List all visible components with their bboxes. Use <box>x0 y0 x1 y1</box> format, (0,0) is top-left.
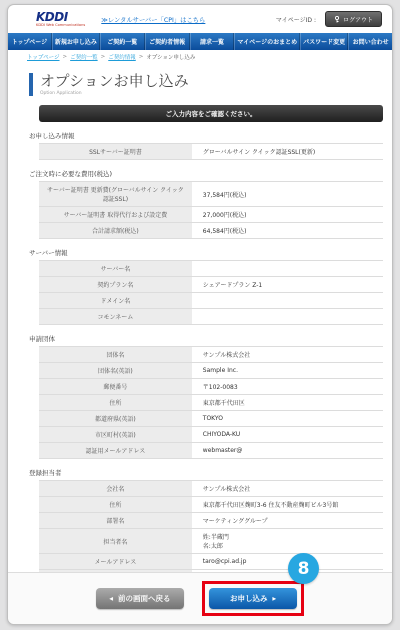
table-row: 市区町村(英語) CHIYODA-KU <box>39 427 383 443</box>
info-table: 団体名 サンプル株式会社 団体名(英語) Sample Inc. 郵便番号 〒1… <box>39 346 383 459</box>
row-value: 〒102-0083 <box>194 379 383 394</box>
row-label: メールアドレス <box>39 554 194 569</box>
submit-arrow-icon: ▶ <box>273 596 276 602</box>
row-value: 27,000円(税込) <box>194 207 383 222</box>
nav-item-7[interactable]: お問い合わせ <box>348 33 392 50</box>
kddi-logo-subtext: KDDI Web Communications <box>36 24 85 28</box>
row-label: 都道府県(英語) <box>39 411 194 426</box>
section-heading: ご注文時に必要な費用(税込) <box>29 169 383 178</box>
table-row: 担当者名 姓:半蔵門 名:太郎 <box>39 529 383 554</box>
table-row: 会社名 サンプル株式会社 <box>39 481 383 497</box>
table-row: サーバー証明書 取得代行および設定費 27,000円(税込) <box>39 207 383 223</box>
logout-button-label: ログアウト <box>343 15 373 24</box>
row-label: コモンネーム <box>39 309 194 324</box>
info-section: ご注文時に必要な費用(税込) サーバー証明書 更新費(グローバルサイン クイック… <box>29 169 383 239</box>
kddi-logo: KDDI KDDI Web Communications <box>36 11 85 28</box>
row-value: webmaster@ <box>194 443 383 458</box>
main-nav: トップページ新規お申し込みご契約一覧ご契約者情報請求一覧マイページのおまとめパス… <box>8 33 392 50</box>
row-label: サーバー証明書 更新費(グローバルサイン クイック認証SSL) <box>39 182 194 206</box>
title-block: オプションお申し込み Option Application <box>29 73 383 96</box>
info-table: SSLサーバー証明書 グローバルサイン クイック認証SSL(更新) <box>39 143 383 160</box>
back-button[interactable]: ◀ 前の画面へ戻る <box>96 588 184 609</box>
row-label: 住所 <box>39 497 194 512</box>
row-value: サンプル株式会社 <box>194 347 383 362</box>
info-section: 申請団体 団体名 サンプル株式会社 団体名(英語) Sample Inc. 郵便… <box>29 334 383 459</box>
breadcrumb-separator: > <box>63 54 68 60</box>
row-label: 住所 <box>39 395 194 410</box>
row-label: 会社名 <box>39 481 194 496</box>
nav-item-6[interactable]: パスワード変更 <box>300 33 348 50</box>
breadcrumb-item-2[interactable]: ご契約情報 <box>108 53 136 61</box>
submit-button[interactable]: お申し込み ▶ <box>209 588 297 609</box>
page-subtitle: Option Application <box>40 91 189 96</box>
key-icon <box>334 16 340 23</box>
back-button-label: 前の画面へ戻る <box>118 593 171 604</box>
row-value: TOKYO <box>194 411 383 426</box>
row-value: シェアードプラン Z-1 <box>194 277 383 292</box>
table-row: サーバー名 <box>39 261 383 277</box>
nav-item-2[interactable]: ご契約一覧 <box>100 33 145 50</box>
row-label: 契約プラン名 <box>39 277 194 292</box>
table-row: SSLサーバー証明書 グローバルサイン クイック認証SSL(更新) <box>39 144 383 160</box>
row-label: サーバー証明書 取得代行および設定費 <box>39 207 194 222</box>
info-section: お申し込み情報 SSLサーバー証明書 グローバルサイン クイック認証SSL(更新… <box>29 131 383 160</box>
breadcrumb: トップページ>ご契約一覧>ご契約情報>オプション申し込み <box>8 50 392 64</box>
header-right: マイページID : ログアウト <box>276 11 382 27</box>
sections-container: お申し込み情報 SSLサーバー証明書 グローバルサイン クイック認証SSL(更新… <box>29 131 383 598</box>
row-label: 団体名 <box>39 347 194 362</box>
table-row: 住所 東京都千代田区麹町3-6 住友不動産麹町ビル3号館 <box>39 497 383 513</box>
breadcrumb-item-3: オプション申し込み <box>146 53 195 61</box>
nav-item-1[interactable]: 新規お申し込み <box>52 33 100 50</box>
row-value: 姓:半蔵門 名:太郎 <box>194 529 383 553</box>
table-row: 契約プラン名 シェアードプラン Z-1 <box>39 277 383 293</box>
row-value: マーケティンググループ <box>194 513 383 528</box>
highlight-red-box: お申し込み ▶ <box>202 581 304 616</box>
row-label: 合計請求額(税込) <box>39 223 194 238</box>
footer-actions: ◀ 前の画面へ戻る お申し込み ▶ 8 <box>8 572 392 624</box>
row-label: 担当者名 <box>39 529 194 553</box>
row-label: 認証用メールアドレス <box>39 443 194 458</box>
table-row: サーバー証明書 更新費(グローバルサイン クイック認証SSL) 37,584円(… <box>39 182 383 207</box>
row-label: 郵便番号 <box>39 379 194 394</box>
table-row: 部署名 マーケティンググループ <box>39 513 383 529</box>
row-label: ドメイン名 <box>39 293 194 308</box>
row-value: 64,584円(税込) <box>194 223 383 238</box>
section-heading: 申請団体 <box>29 334 383 343</box>
nav-item-0[interactable]: トップページ <box>8 33 52 50</box>
table-row: メールアドレス taro@cpi.ad.jp <box>39 554 383 570</box>
row-value <box>194 293 383 308</box>
breadcrumb-separator: > <box>139 54 144 60</box>
section-heading: サーバー情報 <box>29 248 383 257</box>
info-table: サーバー証明書 更新費(グローバルサイン クイック認証SSL) 37,584円(… <box>39 181 383 239</box>
table-row: 住所 東京都千代田区 <box>39 395 383 411</box>
row-value <box>194 261 383 276</box>
row-label: 市区町村(英語) <box>39 427 194 442</box>
row-value: サンプル株式会社 <box>194 481 383 496</box>
table-row: コモンネーム <box>39 309 383 325</box>
row-value <box>194 309 383 324</box>
table-row: 合計請求額(税込) 64,584円(税込) <box>39 223 383 239</box>
row-label: 団体名(英語) <box>39 363 194 378</box>
info-section: サーバー情報 サーバー名 契約プラン名 シェアードプラン Z-1 ドメイン名 コ… <box>29 248 383 325</box>
kddi-logo-text: KDDI <box>36 11 85 23</box>
section-heading: お申し込み情報 <box>29 131 383 140</box>
table-row: 団体名(英語) Sample Inc. <box>39 363 383 379</box>
row-value: CHIYODA-KU <box>194 427 383 442</box>
row-value: 37,584円(税込) <box>194 182 383 206</box>
nav-item-5[interactable]: マイページのおまとめ <box>234 33 300 50</box>
submit-wrap: お申し込み ▶ 8 <box>202 581 304 616</box>
step-badge: 8 <box>288 553 319 584</box>
back-arrow-icon: ◀ <box>110 596 113 602</box>
info-table: サーバー名 契約プラン名 シェアードプラン Z-1 ドメイン名 コモンネーム <box>39 260 383 325</box>
mypage-id-label: マイページID : <box>276 15 316 24</box>
breadcrumb-separator: > <box>101 54 106 60</box>
table-row: 都道府県(英語) TOKYO <box>39 411 383 427</box>
title-accent-bar <box>29 73 33 96</box>
table-row: 団体名 サンプル株式会社 <box>39 347 383 363</box>
logout-button[interactable]: ログアウト <box>325 11 382 27</box>
row-label: SSLサーバー証明書 <box>39 144 194 159</box>
submit-button-label: お申し込み <box>230 593 268 604</box>
row-value: Sample Inc. <box>194 363 383 378</box>
row-value: 東京都千代田区 <box>194 395 383 410</box>
main-card: KDDI KDDI Web Communications ≫レンタルサーバー「C… <box>7 4 393 625</box>
cpi-rental-server-link[interactable]: ≫レンタルサーバー「CPI」はこちら <box>101 15 205 24</box>
confirm-message-bar: ご入力内容をご確認ください。 <box>39 105 383 122</box>
breadcrumb-item-1[interactable]: ご契約一覧 <box>70 53 98 61</box>
table-row: 郵便番号 〒102-0083 <box>39 379 383 395</box>
row-value: グローバルサイン クイック認証SSL(更新) <box>194 144 383 159</box>
content-area: オプションお申し込み Option Application ご入力内容をご確認く… <box>8 64 392 598</box>
row-label: サーバー名 <box>39 261 194 276</box>
nav-item-3[interactable]: ご契約者情報 <box>145 33 190 50</box>
nav-item-4[interactable]: 請求一覧 <box>190 33 235 50</box>
site-header: KDDI KDDI Web Communications ≫レンタルサーバー「C… <box>8 5 392 33</box>
row-value: 東京都千代田区麹町3-6 住友不動産麹町ビル3号館 <box>194 497 383 512</box>
table-row: 認証用メールアドレス webmaster@ <box>39 443 383 459</box>
breadcrumb-item-0[interactable]: トップページ <box>27 53 60 61</box>
section-heading: 登録担当者 <box>29 468 383 477</box>
row-label: 部署名 <box>39 513 194 528</box>
table-row: ドメイン名 <box>39 293 383 309</box>
page-title: オプションお申し込み <box>40 73 189 90</box>
